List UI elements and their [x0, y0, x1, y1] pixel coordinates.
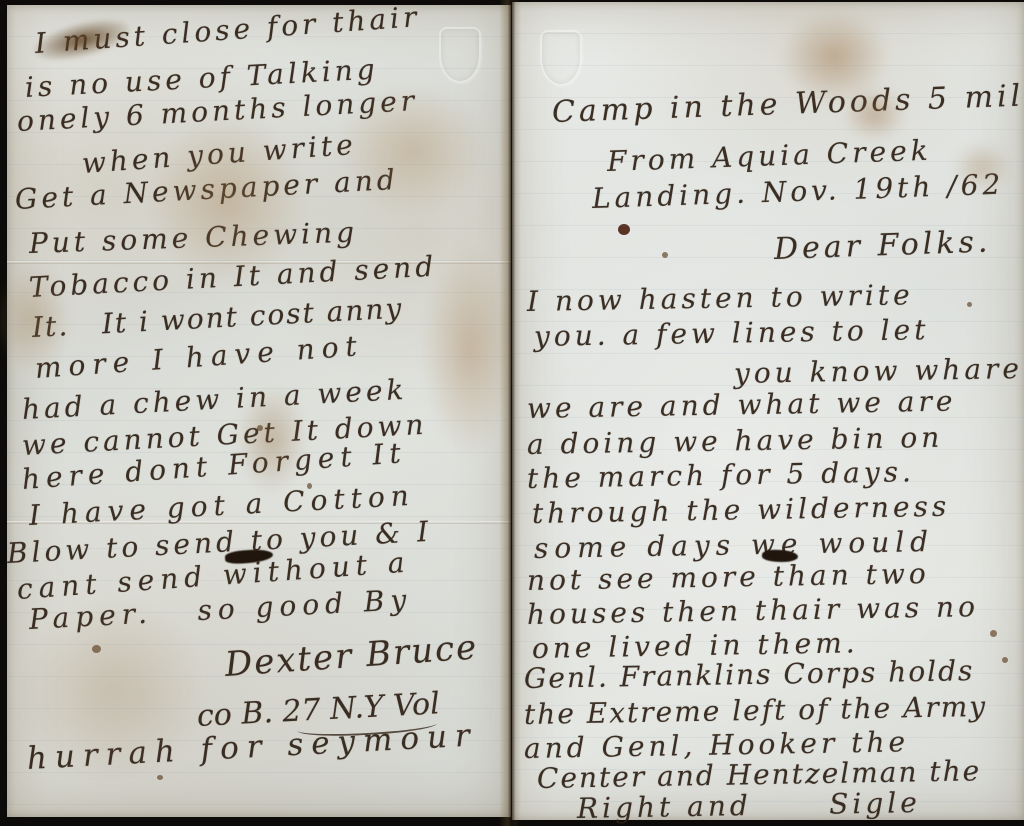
speck: [1002, 657, 1008, 663]
signature-line: Dexter Bruce: [224, 627, 480, 685]
letter-line: I must close for thair: [34, 0, 422, 60]
letter-line: Genl. Franklins Corps holds: [524, 654, 975, 695]
letter-line: we are and what we are: [527, 385, 957, 425]
letter-line: through the wilderness: [532, 490, 951, 530]
dateline-location: Camp in the Woods 5 miles: [551, 77, 1024, 130]
letter-line: Put some Chewing: [28, 216, 358, 260]
embossed-stamp-icon: [540, 30, 582, 86]
speck: [967, 302, 972, 307]
letter-line: you. a few lines to let: [534, 313, 930, 353]
embossed-stamp-icon: [439, 27, 481, 83]
speck: [92, 645, 101, 653]
speck: [157, 775, 163, 780]
page-fold-seam: [499, 0, 521, 826]
letter-line: you know whare: [734, 352, 1024, 390]
letter-page-left: I must close for thair is no use of Talk…: [7, 5, 511, 817]
letter-line: not see more than two: [527, 557, 930, 597]
letter-line: the Extreme left of the Army: [524, 690, 988, 731]
salutation-line: Dear Folks.: [773, 224, 992, 267]
speck: [990, 630, 997, 637]
ink-dot: [618, 224, 630, 235]
letter-page-right: Camp in the Woods 5 miles From Aquia Cre…: [512, 2, 1024, 820]
speck: [662, 252, 668, 258]
letter-line: the march for 5 days.: [527, 455, 915, 495]
letter-line: Right and Sigle: [577, 786, 921, 825]
letter-line: I now hasten to write: [527, 278, 914, 318]
letter-line: houses then thair was no: [527, 590, 979, 631]
